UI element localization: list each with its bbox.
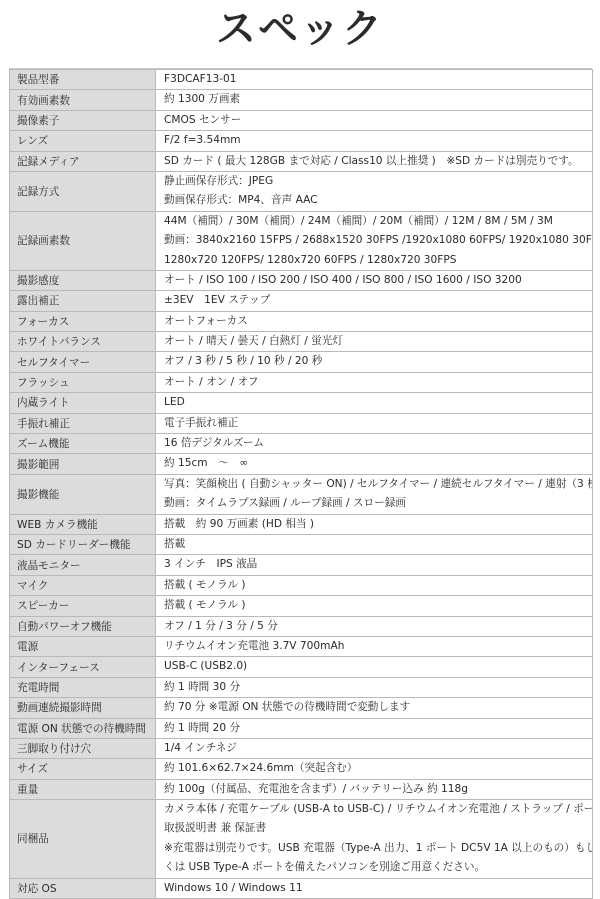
- spec-value-line: 動画保存形式：MP4、音声 AAC: [164, 191, 592, 210]
- spec-value: 3 インチ IPS 液晶: [156, 555, 593, 575]
- spec-label: インターフェース: [10, 657, 156, 677]
- spec-label: マイク: [10, 575, 156, 595]
- spec-row: インターフェースUSB-C (USB2.0): [10, 657, 593, 677]
- spec-value-line: 写真：笑顔検出 ( 自動シャッター ON) / セルフタイマー / 連続セルフタ…: [164, 475, 592, 494]
- spec-value-line: オート / オン / オフ: [164, 373, 592, 392]
- spec-row: 撮影感度オート / ISO 100 / ISO 200 / ISO 400 / …: [10, 270, 593, 290]
- spec-label: 手振れ補正: [10, 413, 156, 433]
- spec-value-line: 1/4 インチネジ: [164, 739, 592, 758]
- spec-value-line: SD カード ( 最大 128GB まで対応 / Class10 以上推奨 ) …: [164, 152, 592, 171]
- spec-row: サイズ約 101.6×62.7×24.6mm（突起含む）: [10, 759, 593, 779]
- spec-value: オート / 晴天 / 曇天 / 白熱灯 / 蛍光灯: [156, 332, 593, 352]
- spec-label: 撮影機能: [10, 474, 156, 514]
- spec-value: 1/4 インチネジ: [156, 738, 593, 758]
- spec-value-line: 搭載: [164, 535, 592, 554]
- spec-value-line: 約 101.6×62.7×24.6mm（突起含む）: [164, 759, 592, 778]
- spec-label: 撮影範囲: [10, 454, 156, 474]
- spec-label: 三脚取り付け穴: [10, 738, 156, 758]
- spec-row: 三脚取り付け穴1/4 インチネジ: [10, 738, 593, 758]
- spec-row: 手振れ補正電子手振れ補正: [10, 413, 593, 433]
- spec-value-line: 1280x720 120FPS/ 1280x720 60FPS / 1280x7…: [164, 251, 592, 270]
- spec-value: ±3EV 1EV ステップ: [156, 291, 593, 311]
- spec-value-line: 約 15cm ～ ∞: [164, 454, 592, 473]
- spec-row: 撮像素子CMOS センサー: [10, 110, 593, 130]
- spec-value: 約 1 時間 30 分: [156, 677, 593, 697]
- spec-value: オフ / 3 秒 / 5 秒 / 10 秒 / 20 秒: [156, 352, 593, 372]
- spec-row: 撮影機能写真：笑顔検出 ( 自動シャッター ON) / セルフタイマー / 連続…: [10, 474, 593, 514]
- spec-row: マイク搭載 ( モノラル ): [10, 575, 593, 595]
- spec-value-line: 約 1 時間 30 分: [164, 678, 592, 697]
- spec-value: 約 70 分 ※電源 ON 状態での待機時間で変動します: [156, 698, 593, 718]
- spec-label: 製品型番: [10, 70, 156, 90]
- spec-row: 記録メディアSD カード ( 最大 128GB まで対応 / Class10 以…: [10, 151, 593, 171]
- spec-value: 搭載: [156, 534, 593, 554]
- spec-value-line: F/2 f=3.54mm: [164, 131, 592, 150]
- spec-label: 内蔵ライト: [10, 393, 156, 413]
- spec-label: 動画連続撮影時間: [10, 698, 156, 718]
- spec-row: 記録画素数44M（補間）/ 30M（補間）/ 24M（補間）/ 20M（補間）/…: [10, 211, 593, 270]
- spec-value: オートフォーカス: [156, 311, 593, 331]
- spec-value-line: 3 インチ IPS 液晶: [164, 555, 592, 574]
- spec-value: SD カード ( 最大 128GB まで対応 / Class10 以上推奨 ) …: [156, 151, 593, 171]
- spec-value-line: オート / ISO 100 / ISO 200 / ISO 400 / ISO …: [164, 271, 592, 290]
- spec-value: 約 15cm ～ ∞: [156, 454, 593, 474]
- spec-value: 44M（補間）/ 30M（補間）/ 24M（補間）/ 20M（補間）/ 12M …: [156, 211, 593, 270]
- spec-value-line: オフ / 1 分 / 3 分 / 5 分: [164, 617, 592, 636]
- spec-row: フラッシュオート / オン / オフ: [10, 372, 593, 392]
- spec-value-line: CMOS センサー: [164, 111, 592, 130]
- spec-label: フラッシュ: [10, 372, 156, 392]
- spec-label: サイズ: [10, 759, 156, 779]
- spec-label: WEB カメラ機能: [10, 514, 156, 534]
- spec-value: 16 倍デジタルズーム: [156, 434, 593, 454]
- spec-label: 記録方式: [10, 171, 156, 211]
- spec-label: 記録メディア: [10, 151, 156, 171]
- spec-label: 充電時間: [10, 677, 156, 697]
- spec-label: ズーム機能: [10, 434, 156, 454]
- spec-row: 電源 ON 状態での待機時間約 1 時間 20 分: [10, 718, 593, 738]
- spec-value: 搭載 ( モノラル ): [156, 575, 593, 595]
- spec-value: リチウムイオン充電池 3.7V 700mAh: [156, 636, 593, 656]
- spec-value-line: 搭載 約 90 万画素 (HD 相当 ): [164, 515, 592, 534]
- spec-row: 有効画素数約 1300 万画素: [10, 90, 593, 110]
- spec-label: 露出補正: [10, 291, 156, 311]
- spec-row: スピーカー搭載 ( モノラル ): [10, 596, 593, 616]
- spec-value-line: ±3EV 1EV ステップ: [164, 291, 592, 310]
- spec-label: セルフタイマー: [10, 352, 156, 372]
- spec-table-body: 製品型番F3DCAF13-01有効画素数約 1300 万画素撮像素子CMOS セ…: [10, 70, 593, 781]
- spec-value: LED: [156, 393, 593, 413]
- spec-value: USB-C (USB2.0): [156, 657, 593, 677]
- spec-value: オート / オン / オフ: [156, 372, 593, 392]
- spec-label: 撮像素子: [10, 110, 156, 130]
- spec-value-line: 16 倍デジタルズーム: [164, 434, 592, 453]
- spec-value-line: 電子手振れ補正: [164, 414, 592, 433]
- spec-label: 撮影感度: [10, 270, 156, 290]
- spec-row: SD カードリーダー機能搭載: [10, 534, 593, 554]
- spec-label: 電源: [10, 636, 156, 656]
- spec-value: 電子手振れ補正: [156, 413, 593, 433]
- spec-value-line: オート / 晴天 / 曇天 / 白熱灯 / 蛍光灯: [164, 332, 592, 351]
- spec-value: F/2 f=3.54mm: [156, 131, 593, 151]
- spec-row: 電源リチウムイオン充電池 3.7V 700mAh: [10, 636, 593, 656]
- spec-value-line: 搭載 ( モノラル ): [164, 576, 592, 595]
- spec-row: フォーカスオートフォーカス: [10, 311, 593, 331]
- spec-label: スピーカー: [10, 596, 156, 616]
- spec-row: セルフタイマーオフ / 3 秒 / 5 秒 / 10 秒 / 20 秒: [10, 352, 593, 372]
- spec-value-line: 約 70 分 ※電源 ON 状態での待機時間で変動します: [164, 698, 592, 717]
- spec-value: 約 1 時間 20 分: [156, 718, 593, 738]
- spec-value: 約 1300 万画素: [156, 90, 593, 110]
- spec-value: 約 101.6×62.7×24.6mm（突起含む）: [156, 759, 593, 779]
- spec-row: 撮影範囲約 15cm ～ ∞: [10, 454, 593, 474]
- spec-value: 写真：笑顔検出 ( 自動シャッター ON) / セルフタイマー / 連続セルフタ…: [156, 474, 593, 514]
- spec-label: 液晶モニター: [10, 555, 156, 575]
- spec-value-line: F3DCAF13-01: [164, 70, 592, 89]
- spec-label: レンズ: [10, 131, 156, 151]
- spec-value-line: 搭載 ( モノラル ): [164, 596, 592, 615]
- spec-value: オフ / 1 分 / 3 分 / 5 分: [156, 616, 593, 636]
- spec-row: 充電時間約 1 時間 30 分: [10, 677, 593, 697]
- spec-row: 製品型番F3DCAF13-01: [10, 70, 593, 90]
- spec-value: オート / ISO 100 / ISO 200 / ISO 400 / ISO …: [156, 270, 593, 290]
- spec-value-line: 約 1 時間 20 分: [164, 719, 592, 738]
- spec-value-line: 動画：タイムラプス録画 / ループ録画 / スロー録画: [164, 494, 592, 513]
- spec-row: 露出補正±3EV 1EV ステップ: [10, 291, 593, 311]
- spec-value: 静止画保存形式：JPEG動画保存形式：MP4、音声 AAC: [156, 171, 593, 211]
- spec-value: 搭載 約 90 万画素 (HD 相当 ): [156, 514, 593, 534]
- spec-value: CMOS センサー: [156, 110, 593, 130]
- spec-value: 搭載 ( モノラル ): [156, 596, 593, 616]
- spec-label: 電源 ON 状態での待機時間: [10, 718, 156, 738]
- spec-value-line: 動画：3840x2160 15FPS / 2688x1520 30FPS /19…: [164, 231, 592, 250]
- spec-row: 液晶モニター3 インチ IPS 液晶: [10, 555, 593, 575]
- spec-value-line: 44M（補間）/ 30M（補間）/ 24M（補間）/ 20M（補間）/ 12M …: [164, 212, 592, 231]
- spec-value-line: オフ / 3 秒 / 5 秒 / 10 秒 / 20 秒: [164, 352, 592, 371]
- spec-row: 記録方式静止画保存形式：JPEG動画保存形式：MP4、音声 AAC: [10, 171, 593, 211]
- spec-label: 記録画素数: [10, 211, 156, 270]
- spec-label: SD カードリーダー機能: [10, 534, 156, 554]
- spec-row: WEB カメラ機能搭載 約 90 万画素 (HD 相当 ): [10, 514, 593, 534]
- spec-value-line: 静止画保存形式：JPEG: [164, 172, 592, 191]
- spec-label: ホワイトバランス: [10, 332, 156, 352]
- spec-table: 製品型番F3DCAF13-01有効画素数約 1300 万画素撮像素子CMOS セ…: [9, 69, 593, 780]
- spec-row: 自動パワーオフ機能オフ / 1 分 / 3 分 / 5 分: [10, 616, 593, 636]
- spec-row: ズーム機能16 倍デジタルズーム: [10, 434, 593, 454]
- spec-label: フォーカス: [10, 311, 156, 331]
- spec-value-line: 約 1300 万画素: [164, 90, 592, 109]
- spec-row: レンズF/2 f=3.54mm: [10, 131, 593, 151]
- page-title: スペック: [0, 0, 600, 66]
- spec-value-line: USB-C (USB2.0): [164, 657, 592, 676]
- spec-row: ホワイトバランスオート / 晴天 / 曇天 / 白熱灯 / 蛍光灯: [10, 332, 593, 352]
- spec-value-line: リチウムイオン充電池 3.7V 700mAh: [164, 637, 592, 656]
- spec-value: F3DCAF13-01: [156, 70, 593, 90]
- spec-row: 動画連続撮影時間約 70 分 ※電源 ON 状態での待機時間で変動します: [10, 698, 593, 718]
- spec-row: 内蔵ライトLED: [10, 393, 593, 413]
- spec-value-line: オートフォーカス: [164, 312, 592, 331]
- spec-value-line: LED: [164, 393, 592, 412]
- spec-label: 自動パワーオフ機能: [10, 616, 156, 636]
- spec-label: 有効画素数: [10, 90, 156, 110]
